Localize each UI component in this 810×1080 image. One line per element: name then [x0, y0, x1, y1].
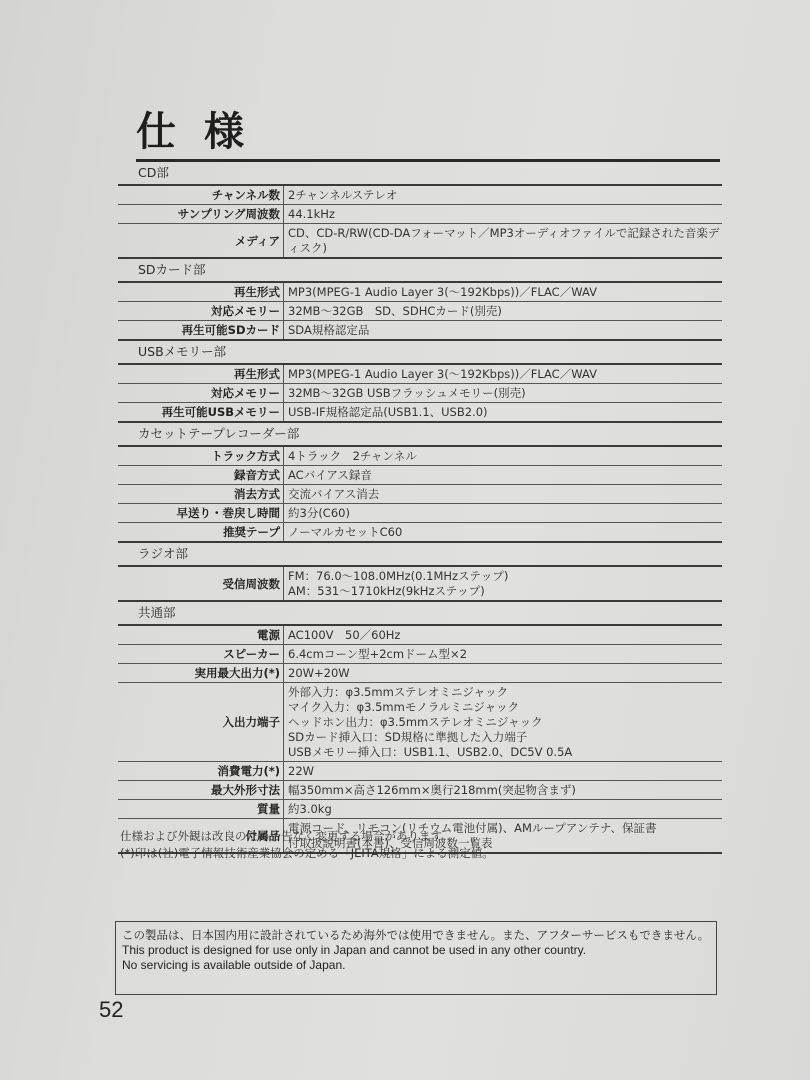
- spec-value: 22W: [284, 762, 722, 780]
- spec-key: 推奨テープ: [118, 523, 284, 541]
- spec-row: 再生形式 MP3(MPEG-1 Audio Layer 3(〜192Kbps))…: [118, 283, 722, 302]
- export-notice-box: この製品は、日本国内用に設計されているため海外では使用できません。また、アフター…: [115, 921, 717, 995]
- spec-table: CD部 チャンネル数 2チャンネルステレオ サンプリング周波数 44.1kHz …: [118, 162, 722, 854]
- spec-value: 32MB〜32GB SD、SDHCカード(別売): [284, 302, 722, 320]
- section-heading-cd: CD部: [118, 162, 722, 186]
- footnote: 仕様および外観は改良のため予告なく変更する場合があります。: [120, 828, 494, 845]
- spec-row: 実用最大出力(*) 20W+20W: [118, 664, 722, 683]
- spec-value: SDA規格認定品: [284, 321, 722, 339]
- spec-key: メディア: [118, 224, 284, 257]
- spec-value-line: マイク入力：φ3.5mmモノラルミニジャック: [288, 700, 722, 715]
- spec-key: 消去方式: [118, 485, 284, 503]
- spec-row: メディア CD、CD-R/RW(CD-DAフォーマット／MP3オーディオファイル…: [118, 224, 722, 259]
- spec-row: 推奨テープ ノーマルカセットC60: [118, 523, 722, 543]
- spec-key: 消費電力(*): [118, 762, 284, 780]
- spec-value-line: SDカード挿入口：SD規格に準拠した入力端子: [288, 730, 722, 745]
- spec-row: 対応メモリー 32MB〜32GB USBフラッシュメモリー(別売): [118, 384, 722, 403]
- spec-value-line: USBメモリー挿入口：USB1.1、USB2.0、DC5V 0.5A: [288, 745, 722, 760]
- spec-value: AC100V 50／60Hz: [284, 626, 722, 644]
- spec-value: ノーマルカセットC60: [284, 523, 722, 541]
- footnote: (*)印は(社)電子情報技術産業協会の定める「JEITA規格」による測定値。: [120, 845, 494, 862]
- spec-value: ACバイアス録音: [284, 466, 722, 484]
- spec-row: トラック方式 4トラック 2チャンネル: [118, 447, 722, 466]
- footnotes: 仕様および外観は改良のため予告なく変更する場合があります。 (*)印は(社)電子…: [120, 828, 494, 862]
- spec-key: 再生可能SDカード: [118, 321, 284, 339]
- spec-value-line: 外部入力：φ3.5mmステレオミニジャック: [288, 685, 722, 700]
- spec-row: 早送り・巻戻し時間 約3分(C60): [118, 504, 722, 523]
- section-heading-cassette: カセットテープレコーダー部: [118, 423, 722, 447]
- notice-en-line-2: No servicing is available outside of Jap…: [122, 958, 710, 973]
- spec-row: 質量 約3.0kg: [118, 800, 722, 819]
- spec-value: 2チャンネルステレオ: [284, 186, 722, 204]
- spec-value: 外部入力：φ3.5mmステレオミニジャック マイク入力：φ3.5mmモノラルミニ…: [284, 683, 722, 761]
- spec-value: 6.4cmコーン型+2cmドーム型×2: [284, 645, 722, 663]
- spec-row: 受信周波数 FM：76.0〜108.0MHz(0.1MHzステップ) AM：53…: [118, 567, 722, 602]
- spec-key: 質量: [118, 800, 284, 818]
- spec-row: 最大外形寸法 幅350mm×高さ126mm×奥行218mm(突起物含まず): [118, 781, 722, 800]
- spec-key: 入出力端子: [118, 683, 284, 761]
- page-title: 仕様: [136, 108, 272, 156]
- spec-row: スピーカー 6.4cmコーン型+2cmドーム型×2: [118, 645, 722, 664]
- spec-value: 約3分(C60): [284, 504, 722, 522]
- spec-value: MP3(MPEG-1 Audio Layer 3(〜192Kbps))／FLAC…: [284, 365, 722, 383]
- spec-key: トラック方式: [118, 447, 284, 465]
- spec-row: 対応メモリー 32MB〜32GB SD、SDHCカード(別売): [118, 302, 722, 321]
- section-heading-usb: USBメモリー部: [118, 341, 722, 365]
- spec-row: 消費電力(*) 22W: [118, 762, 722, 781]
- notice-jp: この製品は、日本国内用に設計されているため海外では使用できません。また、アフター…: [122, 928, 710, 943]
- spec-key: サンプリング周波数: [118, 205, 284, 223]
- page-number: 52: [99, 997, 123, 1023]
- spec-key: 受信周波数: [118, 567, 284, 600]
- spec-row: 電源 AC100V 50／60Hz: [118, 626, 722, 645]
- spec-value: 4トラック 2チャンネル: [284, 447, 722, 465]
- notice-en-line-1: This product is designed for use only in…: [122, 943, 710, 958]
- spec-value: 32MB〜32GB USBフラッシュメモリー(別売): [284, 384, 722, 402]
- spec-row: 入出力端子 外部入力：φ3.5mmステレオミニジャック マイク入力：φ3.5mm…: [118, 683, 722, 762]
- spec-row: チャンネル数 2チャンネルステレオ: [118, 186, 722, 205]
- spec-key: 電源: [118, 626, 284, 644]
- spec-value: 交流バイアス消去: [284, 485, 722, 503]
- spec-key: 再生可能USBメモリー: [118, 403, 284, 421]
- spec-key: 実用最大出力(*): [118, 664, 284, 682]
- spec-key: 早送り・巻戻し時間: [118, 504, 284, 522]
- spec-row: 録音方式 ACバイアス録音: [118, 466, 722, 485]
- spec-row: 再生形式 MP3(MPEG-1 Audio Layer 3(〜192Kbps))…: [118, 365, 722, 384]
- spec-key: 録音方式: [118, 466, 284, 484]
- spec-value: USB-IF規格認定品(USB1.1、USB2.0): [284, 403, 722, 421]
- section-heading-radio: ラジオ部: [118, 543, 722, 567]
- spec-row: 消去方式 交流バイアス消去: [118, 485, 722, 504]
- spec-value: 44.1kHz: [284, 205, 722, 223]
- section-heading-common: 共通部: [118, 602, 722, 626]
- spec-value: 約3.0kg: [284, 800, 722, 818]
- spec-row: 再生可能SDカード SDA規格認定品: [118, 321, 722, 341]
- spec-key: スピーカー: [118, 645, 284, 663]
- spec-key: チャンネル数: [118, 186, 284, 204]
- spec-value: CD、CD-R/RW(CD-DAフォーマット／MP3オーディオファイルで記録され…: [284, 224, 722, 257]
- spec-row: 再生可能USBメモリー USB-IF規格認定品(USB1.1、USB2.0): [118, 403, 722, 423]
- spec-value-line: AM：531〜1710kHz(9kHzステップ): [288, 584, 722, 599]
- spec-value: 幅350mm×高さ126mm×奥行218mm(突起物含まず): [284, 781, 722, 799]
- section-heading-sd: SDカード部: [118, 259, 722, 283]
- spec-value: MP3(MPEG-1 Audio Layer 3(〜192Kbps))／FLAC…: [284, 283, 722, 301]
- spec-value: FM：76.0〜108.0MHz(0.1MHzステップ) AM：531〜1710…: [284, 567, 722, 600]
- spec-value-line: ヘッドホン出力：φ3.5mmステレオミニジャック: [288, 715, 722, 730]
- spec-key: 最大外形寸法: [118, 781, 284, 799]
- spec-value: 20W+20W: [284, 664, 722, 682]
- spec-key: 再生形式: [118, 365, 284, 383]
- spec-row: サンプリング周波数 44.1kHz: [118, 205, 722, 224]
- spec-key: 対応メモリー: [118, 384, 284, 402]
- spec-key: 再生形式: [118, 283, 284, 301]
- spec-value-line: FM：76.0〜108.0MHz(0.1MHzステップ): [288, 569, 722, 584]
- spec-key: 対応メモリー: [118, 302, 284, 320]
